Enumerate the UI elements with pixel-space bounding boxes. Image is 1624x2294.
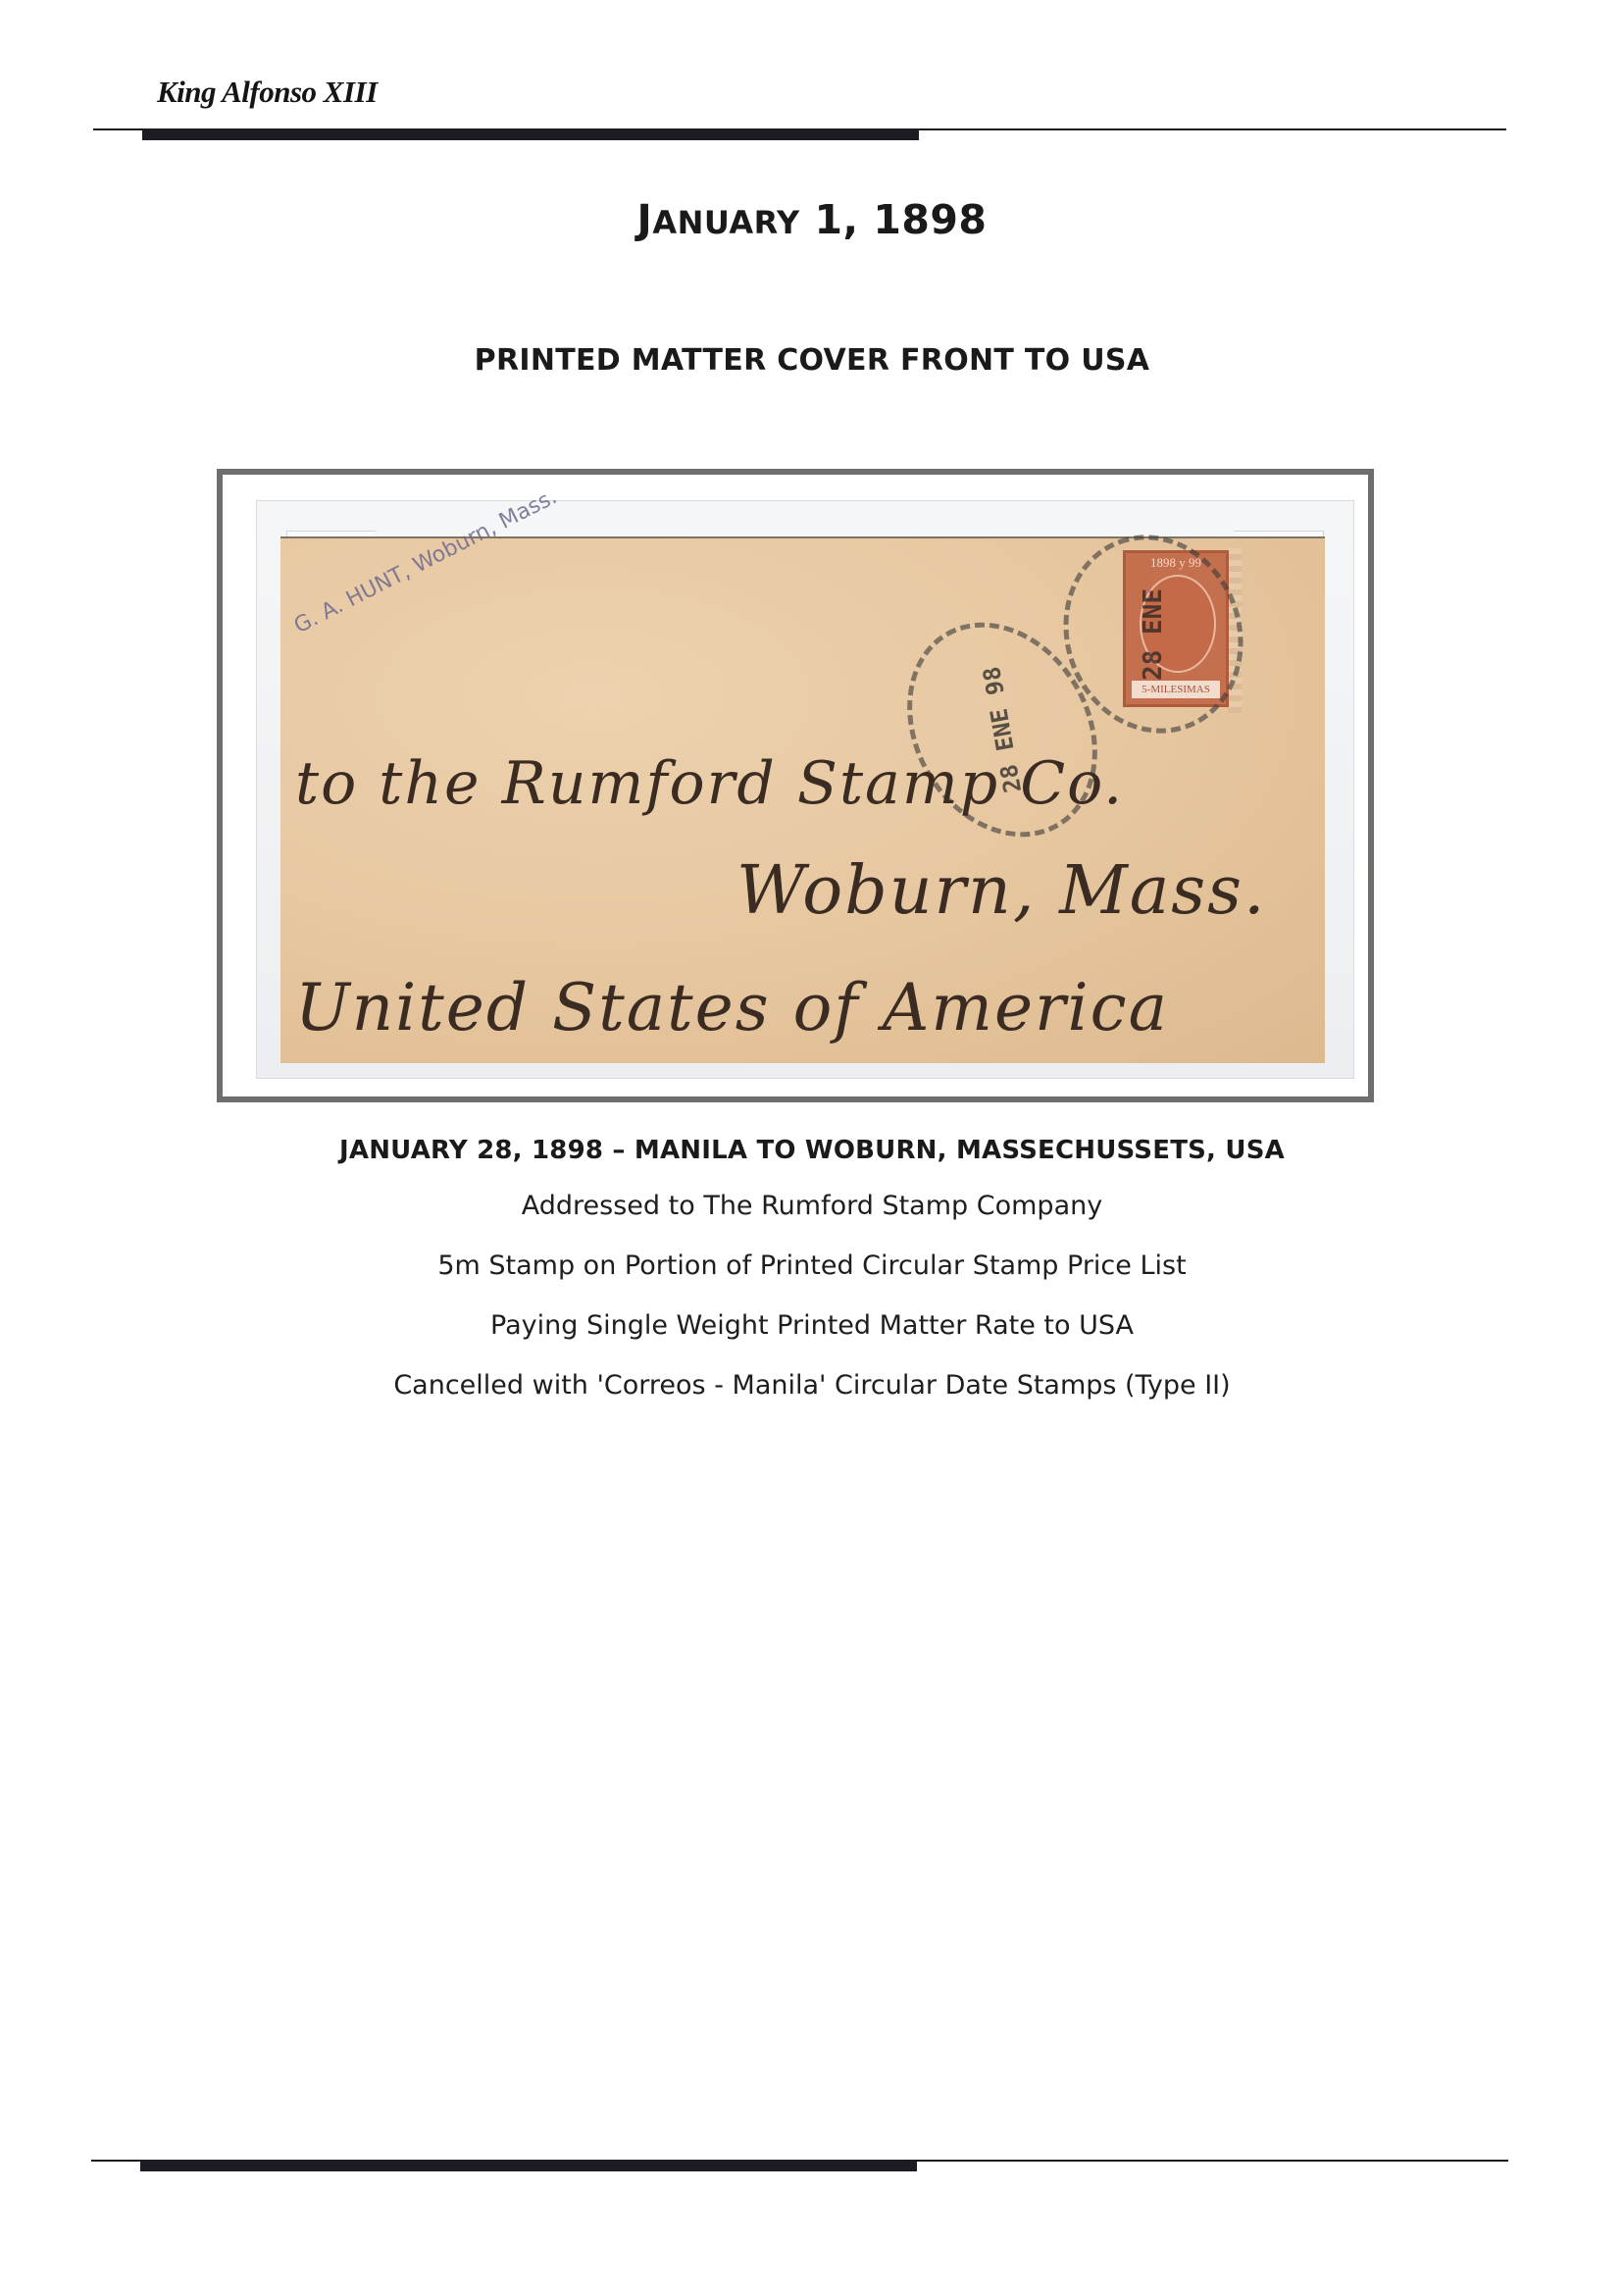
- address-line-1: to the Rumford Stamp Co.: [295, 749, 1124, 818]
- header-rule-thick: [142, 128, 919, 140]
- page-header-title: King Alfonso XIII: [157, 75, 378, 110]
- page-title: JANUARY 1, 1898: [0, 196, 1624, 243]
- page-subtitle: PRINTED MATTER COVER FRONT TO USA: [0, 343, 1624, 378]
- caption-line: 5m Stamp on Portion of Printed Circular …: [0, 1250, 1624, 1281]
- address-line-3: United States of America: [295, 970, 1169, 1045]
- page-title-smallcaps: ANUARY: [652, 204, 799, 241]
- caption-line: Cancelled with 'Correos - Manila' Circul…: [0, 1370, 1624, 1401]
- address-line-2: Woburn, Mass.: [736, 852, 1267, 930]
- page-title-date: 1, 1898: [800, 196, 988, 243]
- exhibit-frame: G. A. HUNT, Woburn, Mass. 28 ENE 98 1898…: [217, 469, 1374, 1102]
- caption-line: Addressed to The Rumford Stamp Company: [0, 1191, 1624, 1221]
- footer-rule-thick: [140, 2160, 917, 2171]
- postmark-on-stamp-date: 28 ENE: [1139, 588, 1168, 681]
- caption-line: Paying Single Weight Printed Matter Rate…: [0, 1310, 1624, 1341]
- caption-heading: JANUARY 28, 1898 – MANILA TO WOBURN, MAS…: [0, 1136, 1624, 1165]
- cover-front-image: G. A. HUNT, Woburn, Mass. 28 ENE 98 1898…: [280, 536, 1325, 1063]
- page-title-initial: J: [637, 196, 653, 243]
